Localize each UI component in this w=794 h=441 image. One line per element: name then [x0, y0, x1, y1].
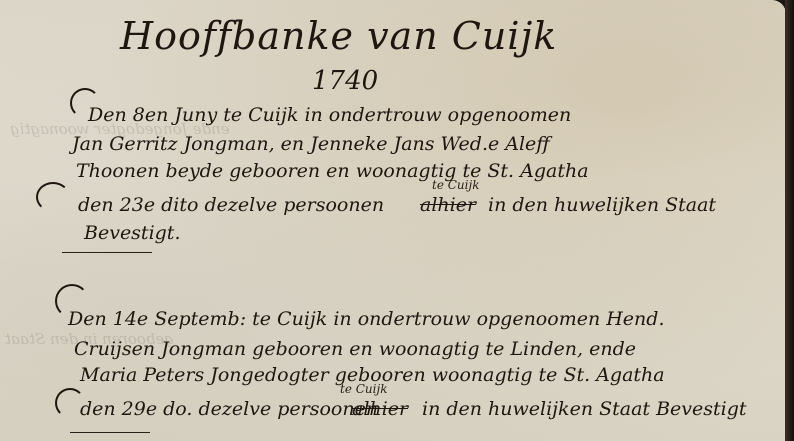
entry-1-line-4: den 23e dito dezelve persoonen	[78, 194, 384, 216]
entry-1-line-3: Thoonen beyde gebooren en woonagtig te S…	[76, 160, 589, 182]
entry-2-line-5: in den huwelijken Staat Bevestigt	[422, 398, 747, 420]
separator-rule	[70, 432, 150, 433]
entry-2-line-2: Cruijsen Jongman gebooren en woonagtig t…	[74, 338, 636, 360]
entry-1-line-5: in den huwelijken Staat	[488, 194, 716, 216]
entry-1-line-2: Jan Gerritz Jongman, en Jenneke Jans Wed…	[72, 133, 550, 155]
manuscript-page: ende Jongedogter woonagtig gebooren in d…	[0, 0, 786, 441]
entry-2-insertion: te Cuijk	[340, 382, 387, 396]
separator-rule	[62, 252, 152, 253]
entry-1-struck-word: alhier	[420, 194, 476, 216]
entry-2-line-1: Den 14e Septemb: te Cuijk in ondertrouw …	[68, 308, 664, 330]
page-edge	[785, 0, 794, 441]
entry-2-line-4: den 29e do. dezelve persoonen	[80, 398, 378, 420]
entry-1-line-6: Bevestigt.	[84, 222, 180, 244]
document-title: Hooffbanke van Cuijk	[120, 14, 557, 58]
entry-2-struck-word: alhier	[352, 398, 408, 420]
flourish-icon	[36, 182, 70, 212]
entry-1-insertion: te Cuijk	[432, 178, 479, 192]
entry-1-line-1: Den 8en Juny te Cuijk in ondertrouw opge…	[88, 104, 571, 126]
document-year: 1740	[312, 66, 378, 96]
